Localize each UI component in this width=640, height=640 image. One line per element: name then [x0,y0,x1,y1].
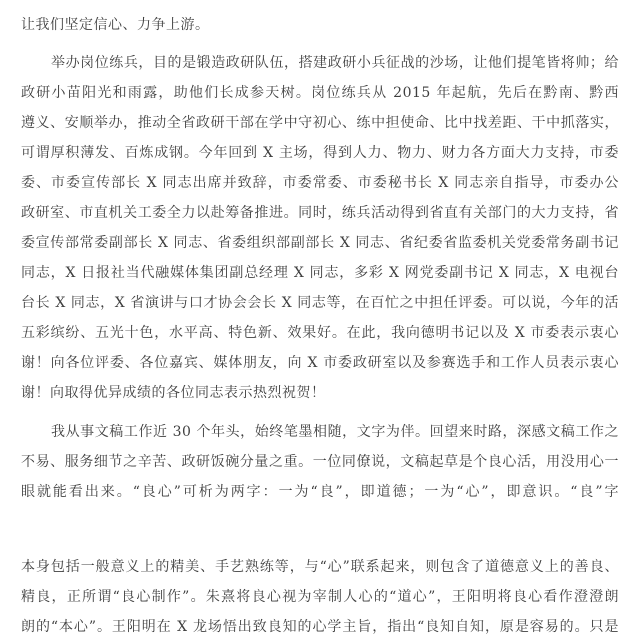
text-line: 政研室、市直机关工委全力以赴筹备推进。同时，练兵活动得到省直有关部门的大力支持，… [21,198,619,228]
document-body: 让我们坚定信心、力争上游。举办岗位练兵，目的是锻造政研队伍，搭建政研小兵征战的沙… [21,10,619,640]
paragraph-2: 举办岗位练兵，目的是锻造政研队伍，搭建政研小兵征战的沙场，让他们提笔皆将帅；给政… [21,48,619,408]
text-line: 政研小苗阳光和雨露，助他们长成参天树。岗位练兵从 2015 年起航，先后在黔南、… [21,78,619,108]
text-line: 委、市委宣传部长 X 同志出席并致辞，市委常委、市委秘书长 X 同志亲自指导，市… [21,168,619,198]
paragraph-3-continuation-after-page-gap: 本身包括一般意义上的精美、手艺熟练等，与“心”联系起来，则包含了道德意义上的善良… [21,552,619,640]
text-line: 可谓厚积薄发、百炼成钢。今年回到 X 主场，得到人力、物力、财力各方面大力支持，… [21,138,619,168]
document-page: 让我们坚定信心、力争上游。举办岗位练兵，目的是锻造政研队伍，搭建政研小兵征战的沙… [0,0,640,640]
text-line: 台长 X 同志，X 省演讲与口才协会会长 X 同志等，在百忙之中担任评委。可以说… [21,288,619,318]
text-line: 让我们坚定信心、力争上游。 [21,10,619,40]
text-line: 朗的“本心”。王阳明在 X 龙场悟出致良知的心学主旨，指出“良知自知，原是容易的… [21,612,619,640]
text-line: 五彩缤纷、五光十色，水平高、特色新、效果好。在此，我向德明书记以及 X 市委表示… [21,318,619,348]
paragraph-3: 我从事文稿工作近 30 个年头，始终笔墨相随，文字为伴。回望来时路，深感文稿工作… [21,417,619,507]
text-line: 谢！向取得优异成绩的各位同志表示热烈祝贺！ [21,378,619,408]
text-line: 遵义、安顺举办，推动全省政研干部在学中守初心、练中担使命、比中找差距、干中抓落实… [21,108,619,138]
text-line: 同志，X 日报社当代融媒体集团副总经理 X 同志，多彩 X 网党委副书记 X 同… [21,258,619,288]
text-line: 眼就能看出来。“良心”可析为两字：一为“良”，即道德；一为“心”，即意识。“良”… [21,477,619,507]
paragraph-1-tail: 让我们坚定信心、力争上游。 [21,10,619,40]
text-line: 本身包括一般意义上的精美、手艺熟练等，与“心”联系起来，则包含了道德意义上的善良… [21,552,619,582]
text-line: 举办岗位练兵，目的是锻造政研队伍，搭建政研小兵征战的沙场，让他们提笔皆将帅；给 [21,48,619,78]
text-line: 精良，正所谓“良心制作”。朱熹将良心视为宰制人心的“道心”，王阳明将良心看作澄澄… [21,582,619,612]
text-line: 不易、服务细节之辛苦、政研饭碗分量之重。一位同僚说，文稿起草是个良心活，用没用心… [21,447,619,477]
text-line: 我从事文稿工作近 30 个年头，始终笔墨相随，文字为伴。回望来时路，深感文稿工作… [21,417,619,447]
text-line: 委宣传部常委副部长 X 同志、省委组织部副部长 X 同志、省纪委省监委机关党委常… [21,228,619,258]
text-line: 谢！向各位评委、各位嘉宾、媒体朋友，向 X 市委政研室以及参赛选手和工作人员表示… [21,348,619,378]
